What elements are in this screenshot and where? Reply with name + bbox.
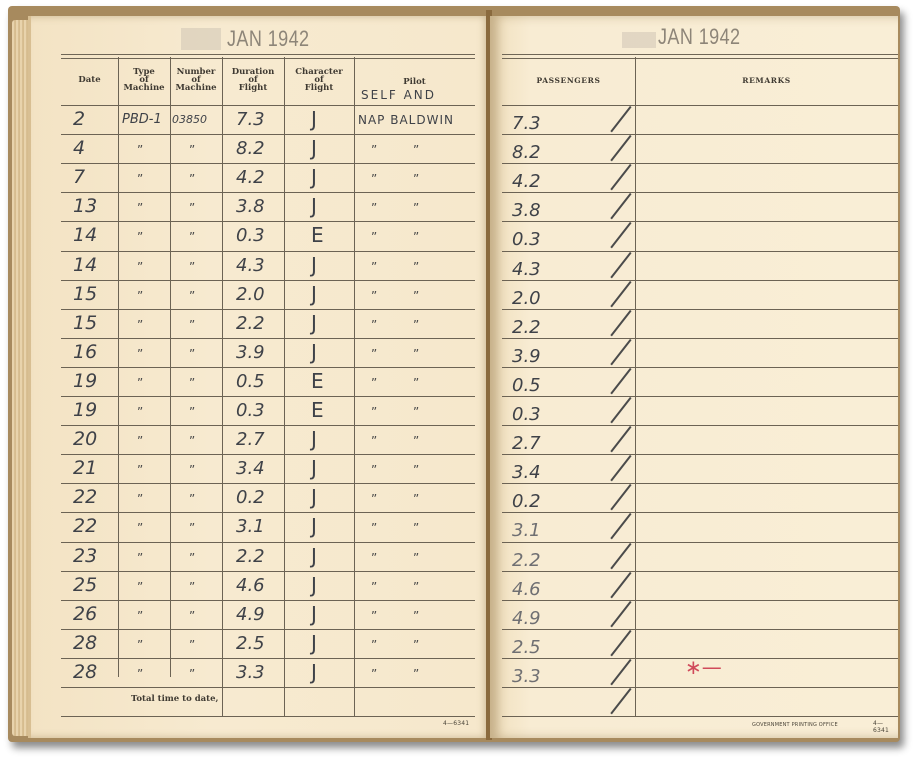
character-cell: J: [311, 194, 317, 218]
pilot-cell: ” ”: [371, 521, 420, 535]
passengers-cell: 8.2: [512, 142, 541, 163]
row-rule: [61, 338, 475, 339]
type-cell: ”: [137, 463, 144, 477]
col-divider: [635, 57, 636, 717]
pilot-cell: ” ”: [371, 551, 420, 565]
passengers-cell: 3.4: [512, 462, 541, 483]
row-rule: [61, 512, 475, 513]
type-cell: ”: [137, 667, 144, 681]
passengers-cell: 4.2: [512, 171, 541, 192]
row-rule: [502, 367, 898, 368]
number-cell: ”: [189, 260, 196, 274]
printer-imprint: GOVERNMENT PRINTING OFFICE: [752, 722, 838, 728]
type-cell: ”: [137, 201, 144, 215]
duration-cell: 3.4: [236, 458, 265, 479]
header-date: Date: [61, 76, 118, 84]
row-rule: [502, 629, 898, 630]
type-cell: ”: [137, 172, 144, 186]
row-rule: [502, 251, 898, 252]
number-cell: ”: [189, 289, 196, 303]
pilot-cell: ” ”: [371, 492, 420, 506]
pilot-cell: ” ”: [371, 463, 420, 477]
row-rule: [502, 192, 898, 193]
type-cell: ”: [137, 289, 144, 303]
row-rule: [61, 367, 475, 368]
date-cell: 15: [73, 283, 97, 305]
date-cell: 28: [73, 632, 97, 654]
type-cell: ”: [137, 638, 144, 652]
duration-cell: 4.2: [236, 167, 265, 188]
character-cell: E: [311, 398, 324, 422]
character-cell: J: [311, 311, 317, 335]
row-rule: [502, 571, 898, 572]
date-cell: 14: [73, 254, 97, 276]
row-rule: [502, 483, 898, 484]
character-cell: E: [311, 369, 324, 393]
date-cell: 22: [73, 486, 97, 508]
pilot-cell: ” ”: [371, 289, 420, 303]
character-cell: J: [311, 514, 317, 538]
row-rule: [502, 396, 898, 397]
row-rule: [502, 600, 898, 601]
duration-cell: 2.5: [236, 633, 265, 654]
header-number: Number of Machine: [170, 68, 222, 92]
duration-cell: 2.2: [236, 546, 265, 567]
footer-rule: [502, 716, 898, 717]
type-cell: ”: [137, 376, 144, 390]
pilot-header-note: SELF AND: [361, 88, 436, 102]
character-cell: E: [311, 223, 324, 247]
pencil-slash-mark: [610, 310, 631, 336]
faded-stamp: [622, 32, 656, 48]
pencil-slash-mark: [610, 339, 631, 365]
row-rule: [61, 454, 475, 455]
passengers-cell: 3.1: [512, 520, 541, 541]
pilot-cell: ” ”: [371, 580, 420, 594]
type-cell: ”: [137, 143, 144, 157]
type-cell: ”: [137, 318, 144, 332]
pencil-slash-mark: [610, 397, 631, 423]
header-duration-line: Flight: [222, 84, 284, 92]
date-cell: 19: [73, 399, 97, 421]
pencil-slash-mark: [610, 193, 631, 219]
header-remarks: REMARKS: [635, 77, 898, 85]
duration-cell: 0.2: [236, 487, 265, 508]
right-page: JAN 1942 PASSENGERS REMARKS 7.3 8.2 4.2 …: [490, 16, 898, 738]
date-cell: 14: [73, 224, 97, 246]
duration-cell: 3.1: [236, 516, 265, 537]
form-number-right: 4—6341: [873, 720, 898, 734]
col-divider: [222, 57, 223, 717]
date-cell: 4: [73, 137, 85, 159]
red-asterisk-mark: ∗—: [685, 655, 722, 679]
number-cell: ”: [189, 172, 196, 186]
pencil-slash-mark: [610, 222, 631, 248]
passengers-cell: 3.3: [512, 666, 541, 687]
pencil-slash-mark: [610, 106, 631, 132]
number-cell: ”: [189, 434, 196, 448]
number-cell: ”: [189, 609, 196, 623]
character-cell: J: [311, 340, 317, 364]
pencil-slash-mark: [610, 630, 631, 656]
date-cell: 21: [73, 457, 97, 479]
pencil-slash-mark: [610, 572, 631, 598]
header-top-rule: [502, 54, 898, 59]
duration-cell: 4.9: [236, 604, 265, 625]
row-rule: [502, 221, 898, 222]
passengers-cell: 0.2: [512, 491, 541, 512]
date-cell: 19: [73, 370, 97, 392]
logbook: JAN 1942 Date Type of Machine Number of …: [8, 6, 900, 742]
duration-cell: 2.0: [236, 284, 265, 305]
type-cell: ”: [137, 230, 144, 244]
type-cell: ”: [137, 405, 144, 419]
date-cell: 2: [73, 108, 85, 130]
number-cell: ”: [189, 521, 196, 535]
header-character-line: Flight: [284, 84, 354, 92]
duration-cell: 2.2: [236, 313, 265, 334]
pilot-cell: ” ”: [371, 376, 420, 390]
duration-cell: 4.3: [236, 255, 265, 276]
pencil-slash-mark: [610, 513, 631, 539]
duration-cell: 4.6: [236, 575, 265, 596]
header-passengers: PASSENGERS: [502, 77, 635, 85]
character-cell: J: [311, 544, 317, 568]
pencil-slash-mark: [610, 368, 631, 394]
month-stamp-left: JAN 1942: [227, 26, 310, 52]
duration-cell: 0.5: [236, 371, 265, 392]
duration-cell: 2.7: [236, 429, 265, 450]
pilot-cell: ” ”: [371, 143, 420, 157]
number-cell: ”: [189, 376, 196, 390]
passengers-cell: 4.6: [512, 579, 541, 600]
faded-stamp: [181, 28, 221, 50]
duration-cell: 8.2: [236, 138, 265, 159]
number-cell: ”: [189, 347, 196, 361]
type-cell: ”: [137, 260, 144, 274]
pilot-cell: ” ”: [371, 609, 420, 623]
pencil-slash-mark: [610, 251, 631, 277]
passengers-cell: 0.3: [512, 229, 541, 250]
form-number-left: 4—6341: [443, 720, 469, 727]
character-cell: J: [311, 253, 317, 277]
passengers-cell: 2.2: [512, 317, 541, 338]
row-rule: [61, 483, 475, 484]
passengers-cell: 3.9: [512, 346, 541, 367]
row-rule: [61, 163, 475, 164]
character-cell: J: [311, 485, 317, 509]
number-cell: 03850: [172, 113, 207, 126]
pilot-cell: ” ”: [371, 667, 420, 681]
row-rule: [61, 658, 475, 659]
month-stamp-right: JAN 1942: [658, 24, 741, 50]
pilot-cell: NAP BALDWIN: [358, 113, 454, 127]
character-cell: J: [311, 165, 317, 189]
header-bottom-rule: [61, 105, 475, 106]
number-cell: ”: [189, 318, 196, 332]
character-cell: J: [311, 136, 317, 160]
type-cell: ”: [137, 609, 144, 623]
number-cell: ”: [189, 492, 196, 506]
type-cell: ”: [137, 521, 144, 535]
passengers-cell: 0.5: [512, 375, 541, 396]
header-bottom-rule: [502, 105, 898, 106]
col-divider: [284, 57, 285, 717]
character-cell: J: [311, 456, 317, 480]
header-top-rule: [61, 54, 475, 59]
character-cell: J: [311, 631, 317, 655]
row-rule: [502, 134, 898, 135]
pencil-slash-mark: [610, 135, 631, 161]
passengers-cell: 2.0: [512, 288, 541, 309]
duration-cell: 0.3: [236, 400, 265, 421]
row-rule: [502, 309, 898, 310]
row-rule: [61, 309, 475, 310]
row-rule: [61, 280, 475, 281]
page-edges: [12, 20, 28, 736]
passengers-cell: 2.7: [512, 433, 541, 454]
row-rule: [61, 687, 475, 688]
row-rule: [502, 512, 898, 513]
duration-cell: 7.3: [236, 109, 265, 130]
pilot-cell: ” ”: [371, 172, 420, 186]
row-rule: [61, 542, 475, 543]
number-cell: ”: [189, 463, 196, 477]
date-cell: 7: [73, 166, 85, 188]
row-rule: [61, 192, 475, 193]
number-cell: ”: [189, 201, 196, 215]
number-cell: ”: [189, 143, 196, 157]
pencil-slash-mark: [610, 455, 631, 481]
pilot-cell: ” ”: [371, 434, 420, 448]
date-cell: 13: [73, 195, 97, 217]
header-character: Character of Flight: [284, 68, 354, 92]
pencil-slash-mark: [610, 484, 631, 510]
passengers-cell: 0.3: [512, 404, 541, 425]
type-cell: PBD-1: [122, 112, 162, 127]
duration-cell: 3.9: [236, 342, 265, 363]
row-rule: [502, 425, 898, 426]
row-rule: [502, 338, 898, 339]
pencil-slash-mark: [610, 601, 631, 627]
date-cell: 15: [73, 312, 97, 334]
pilot-cell: ” ”: [371, 260, 420, 274]
row-rule: [61, 425, 475, 426]
type-cell: ”: [137, 580, 144, 594]
footer-rule: [61, 716, 475, 717]
number-cell: ”: [189, 580, 196, 594]
duration-cell: 3.8: [236, 196, 265, 217]
type-cell: ”: [137, 492, 144, 506]
total-time-label: Total time to date,: [131, 694, 218, 704]
character-cell: J: [311, 660, 317, 684]
row-rule: [61, 251, 475, 252]
date-cell: 16: [73, 341, 97, 363]
row-rule: [61, 629, 475, 630]
header-pilot: Pilot: [354, 78, 475, 86]
type-cell: ”: [137, 347, 144, 361]
pencil-slash-mark: [610, 659, 631, 685]
date-cell: 28: [73, 661, 97, 683]
row-rule: [61, 221, 475, 222]
date-cell: 23: [73, 545, 97, 567]
pilot-cell: ” ”: [371, 230, 420, 244]
number-cell: ”: [189, 405, 196, 419]
character-cell: J: [311, 282, 317, 306]
pencil-slash-mark: [610, 542, 631, 568]
passengers-cell: 4.9: [512, 608, 541, 629]
pilot-cell: ” ”: [371, 405, 420, 419]
passengers-cell: 4.3: [512, 259, 541, 280]
number-cell: ”: [189, 638, 196, 652]
character-cell: J: [311, 427, 317, 451]
row-rule: [502, 163, 898, 164]
row-rule: [61, 396, 475, 397]
col-divider: [354, 57, 355, 717]
number-cell: ”: [189, 667, 196, 681]
type-cell: ”: [137, 551, 144, 565]
pencil-slash-mark: [610, 688, 631, 714]
date-cell: 26: [73, 603, 97, 625]
character-cell: J: [311, 573, 317, 597]
pilot-cell: ” ”: [371, 347, 420, 361]
row-rule: [502, 280, 898, 281]
duration-cell: 3.3: [236, 662, 265, 683]
passengers-cell: 7.3: [512, 113, 541, 134]
row-rule: [502, 454, 898, 455]
date-cell: 20: [73, 428, 97, 450]
character-cell: J: [311, 602, 317, 626]
type-cell: ”: [137, 434, 144, 448]
date-cell: 22: [73, 515, 97, 537]
pencil-slash-mark: [610, 426, 631, 452]
row-rule: [502, 687, 898, 688]
header-duration: Duration of Flight: [222, 68, 284, 92]
header-type-line: Machine: [118, 84, 170, 92]
duration-cell: 0.3: [236, 225, 265, 246]
pencil-slash-mark: [610, 281, 631, 307]
pencil-slash-mark: [610, 164, 631, 190]
row-rule: [61, 600, 475, 601]
passengers-cell: 2.2: [512, 550, 541, 571]
date-cell: 25: [73, 574, 97, 596]
pilot-cell: ” ”: [371, 201, 420, 215]
row-rule: [502, 542, 898, 543]
row-rule: [61, 571, 475, 572]
number-cell: ”: [189, 551, 196, 565]
character-cell: J: [311, 107, 317, 131]
header-type: Type of Machine: [118, 68, 170, 92]
pilot-cell: ” ”: [371, 638, 420, 652]
row-rule: [61, 134, 475, 135]
passengers-cell: 3.8: [512, 200, 541, 221]
passengers-cell: 2.5: [512, 637, 541, 658]
left-page: JAN 1942 Date Type of Machine Number of …: [28, 16, 491, 738]
pilot-cell: ” ”: [371, 318, 420, 332]
number-cell: ”: [189, 230, 196, 244]
header-number-line: Machine: [170, 84, 222, 92]
